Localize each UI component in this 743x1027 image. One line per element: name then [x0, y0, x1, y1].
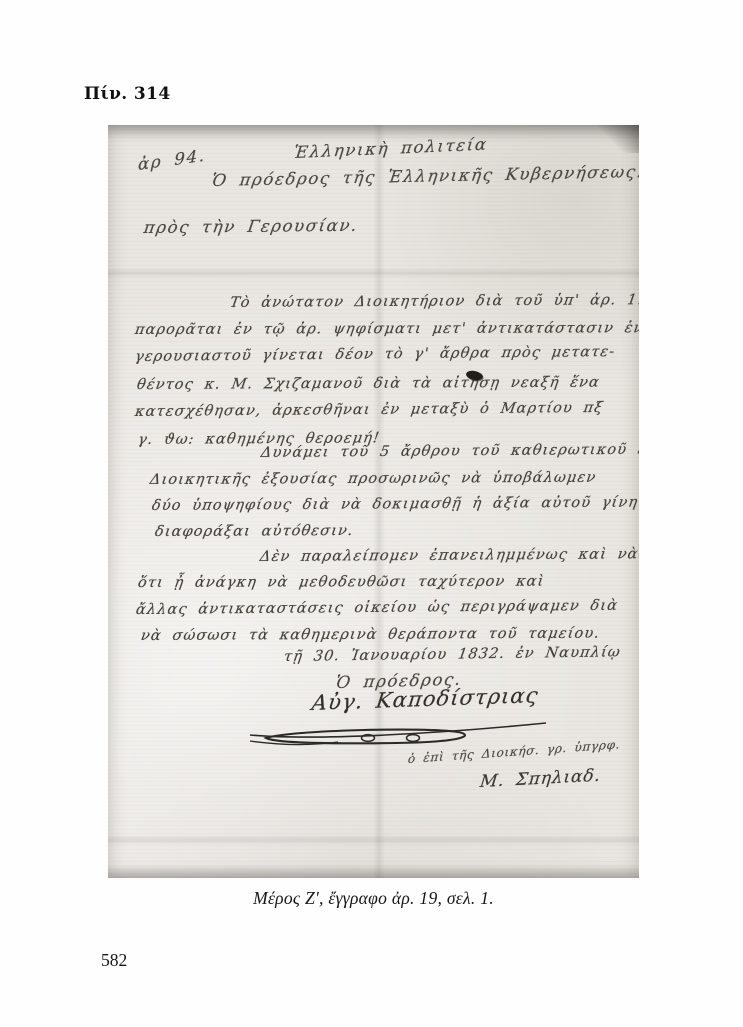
manuscript-line: γερουσιαστοῦ γίνεται δέον τὸ γ' ἄρθρα πρ…: [134, 344, 617, 365]
manuscript-line: νὰ σώσωσι τὰ καθημερινὰ θεράποντα τοῦ τα…: [140, 626, 601, 644]
manuscript-addressee: πρὸς τὴν Γερουσίαν.: [143, 216, 360, 237]
manuscript-line: Δυνάμει τοῦ 5 ἄρθρου τοῦ καθιερωτικοῦ ἐν: [260, 442, 639, 461]
signature-flourish: [246, 717, 551, 747]
manuscript-line: διαφοράξαι αὐτόθεσιν.: [154, 523, 355, 540]
manuscript-line: Διοικητικῆς ἐξουσίας προσωρινῶς νὰ ὑποβά…: [149, 470, 598, 488]
book-page: Πίν. 314 Ἑλληνικὴ πολιτεία ἀρ 94. Ὁ πρόε…: [0, 0, 743, 1027]
page-number: 582: [101, 950, 127, 971]
manuscript-line: ὅτι ᾖ ἀνάγκη νὰ μεθοδευθῶσι ταχύτερον κα…: [137, 574, 546, 591]
manuscript-line: κατεσχέθησαν, ἀρκεσθῆναι ἐν μεταξὺ ὁ Μαρ…: [134, 400, 605, 420]
plate-label: Πίν. 314: [84, 84, 171, 104]
manuscript-line: ἄλλας ἀντικαταστάσεις οἰκείου ὡς περιγρά…: [135, 598, 619, 618]
manuscript-line: δύο ὑποψηφίους διὰ νὰ δοκιμασθῇ ἡ ἀξία α…: [151, 494, 639, 514]
manuscript-date-line: τῇ 30. Ἰανουαρίου 1832. ἐν Ναυπλίῳ: [283, 644, 622, 665]
corner-crease: [595, 125, 639, 153]
horizontal-fold-crease: [108, 268, 639, 278]
photo-bottom-shadow: [108, 865, 639, 878]
horizontal-fold-crease: [108, 835, 639, 845]
manuscript-countersignature-name: Μ. Σπηλιαδ.: [479, 766, 602, 792]
manuscript-line: παρορᾶται ἐν τῷ ἀρ. ψηφίσματι μετ' ἀντικ…: [134, 320, 639, 338]
manuscript-line: Δὲν παραλείπομεν ἐπανειλημμένως καὶ νὰ ὑ…: [259, 545, 639, 565]
manuscript-sender-title: Ὁ πρόεδρος τῆς Ἑλληνικῆς Κυβερνήσεως.: [211, 162, 639, 190]
manuscript-line: θέντος κ. Μ. Σχιζαμανοῦ διὰ τὰ αἰτήσῃ νε…: [136, 375, 601, 393]
figure-caption: Μέρος Ζ', ἔγγραφο ἀρ. 19, σελ. 1.: [108, 888, 639, 909]
manuscript-line: Τὸ ἀνώτατον Διοικητήριον διὰ τοῦ ὑπ' ἀρ.…: [229, 292, 639, 311]
manuscript-ref-number: ἀρ 94.: [138, 146, 206, 174]
manuscript-photo: Ἑλληνικὴ πολιτεία ἀρ 94. Ὁ πρόεδρος τῆς …: [108, 125, 639, 878]
